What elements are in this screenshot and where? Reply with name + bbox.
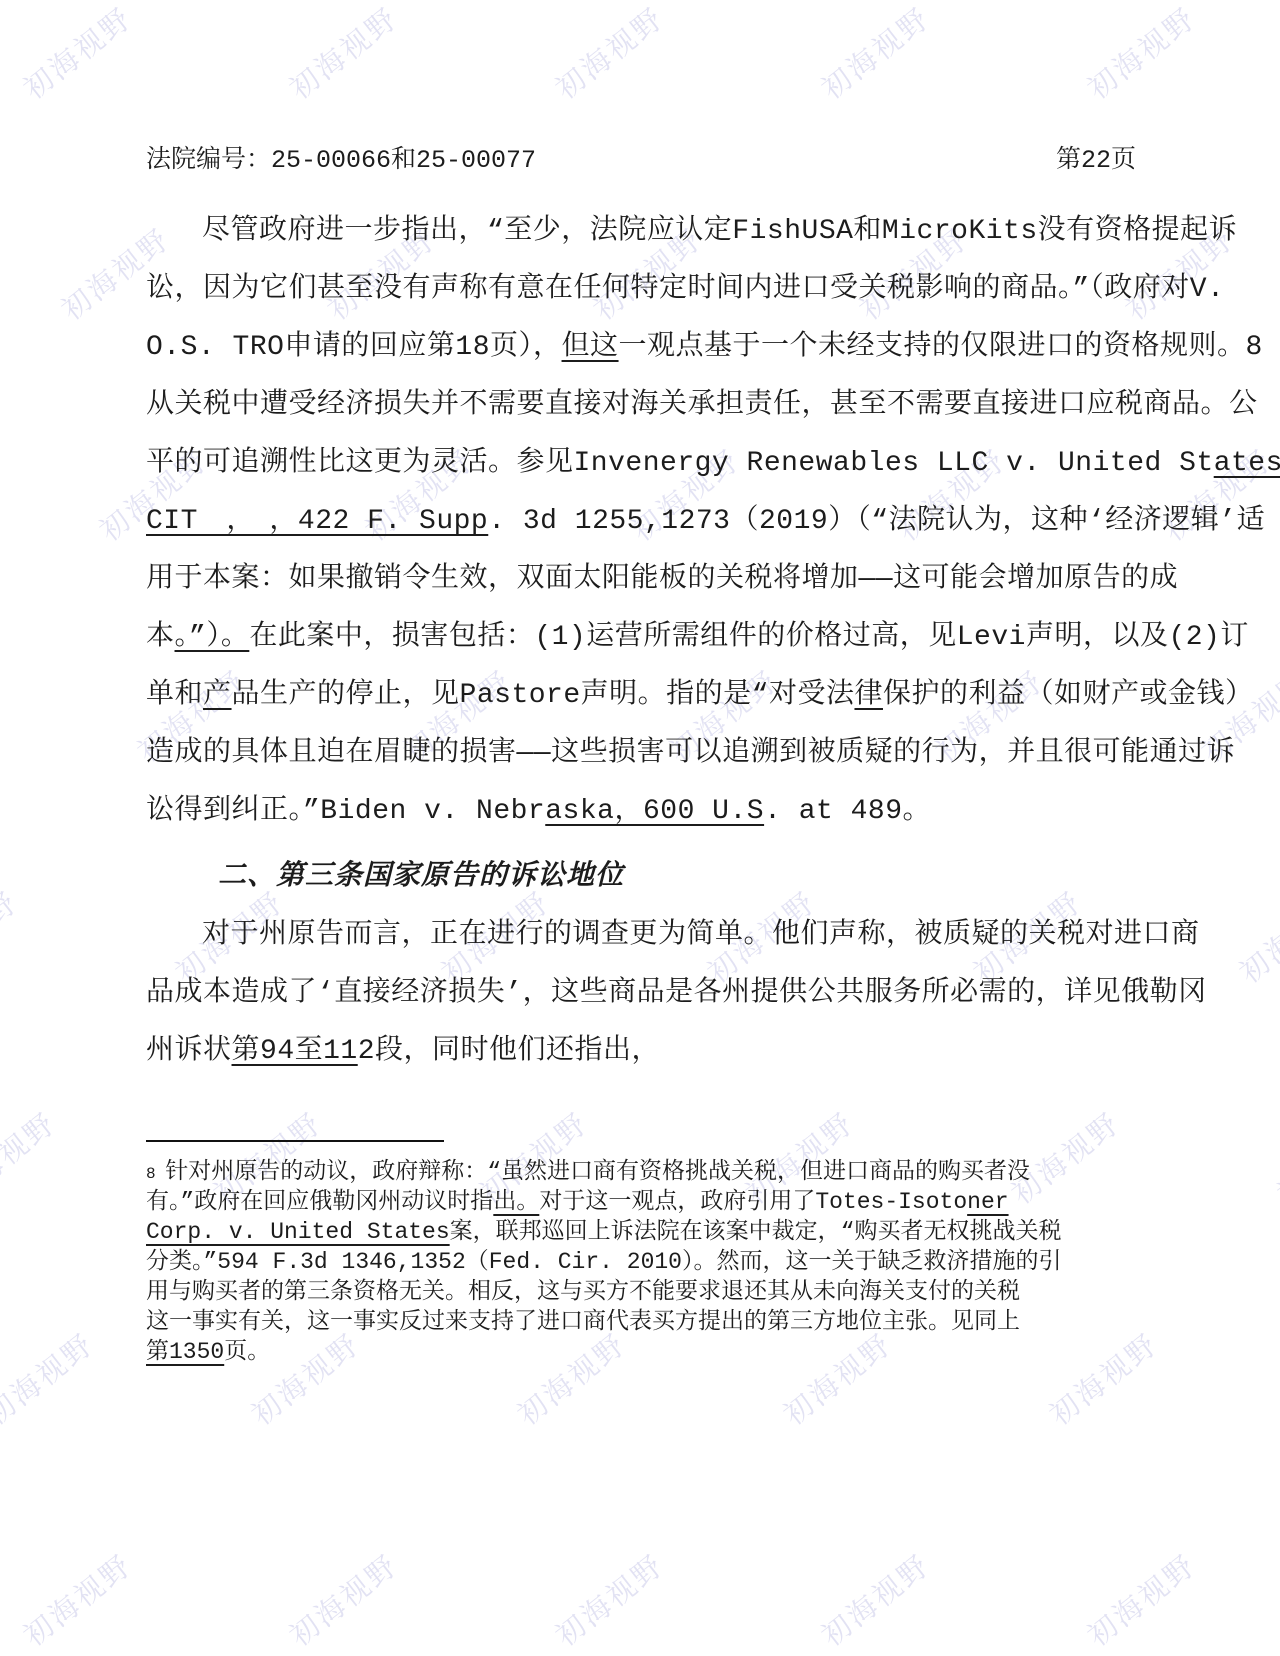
- text-segment: 分类。”594 F.3d 1346,1352（Fed. Cir. 2010）。然…: [146, 1249, 1061, 1275]
- text-line: CIT ， ，422 F. Supp. 3d 1255,1273（2019）（“…: [146, 493, 1156, 551]
- text-segment: 州诉状: [146, 1036, 232, 1067]
- text-line: 单和产品生产的停止，见Pastore声明。指的是“对受法律保护的利益（如财产或金…: [146, 667, 1156, 725]
- text-segment: 对于这一观点，政府引用了Totes-Isoto: [539, 1189, 967, 1215]
- text-line: 讼，因为它们甚至没有声称有意在任何特定时间内进口受关税影响的商品。”（政府对V.: [146, 261, 1156, 319]
- underlined-text: Corp. v. United States: [146, 1219, 450, 1245]
- underlined-text: 但这: [562, 332, 619, 363]
- underlined-text: 产: [203, 680, 232, 711]
- document-page: 初海视野初海视野初海视野初海视野初海视野初海视野初海视野初海视野初海视野初海视野…: [0, 0, 1280, 1656]
- text-segment: 造成的具体且迫在眉睫的损害——这些损害可以追溯到被质疑的行为，并且很可能通过诉: [146, 738, 1235, 769]
- paragraph-1: 尽管政府进一步指出，“至少，法院应认定FishUSA和MicroKits没有资格…: [146, 203, 1156, 841]
- text-segment: 尽管政府进一步指出，“至少，法院应认定FishUSA和MicroKits没有资格…: [202, 216, 1237, 247]
- text-segment: 2段，同时他们还指出，: [358, 1036, 660, 1067]
- text-segment: 品生产的停止，见Pastore声明。指的是“对受法: [232, 680, 855, 711]
- text-line: 讼得到纠正。”Biden v. Nebraska，600 U.S. at 489…: [146, 783, 1156, 841]
- text-segment: . 3d 1255,1273（2019）（“法院认为，这种‘经济逻辑’适: [488, 506, 1265, 537]
- text-segment: 讼，因为它们甚至没有声称有意在任何特定时间内进口受关税影响的商品。”（政府对V.: [146, 274, 1224, 305]
- section-heading: 二、第三条国家原告的诉讼地位: [218, 849, 624, 907]
- text-segment: 品成本造成了‘直接经济损失’，这些商品是各州提供公共服务所必需的，详见俄勒冈: [146, 978, 1207, 1009]
- text-line: 州诉状第94至112段，同时他们还指出，: [146, 1023, 1156, 1081]
- text-line: 这一事实有关，这一事实反过来支持了进口商代表买方提出的第三方地位主张。见同上: [146, 1307, 1156, 1337]
- text-segment: 对于州原告而言，正在进行的调查更为简单。他们声称，被质疑的关税对进口商: [202, 920, 1200, 951]
- underlined-text: 出。: [493, 1189, 539, 1215]
- underlined-text: 第94至11: [232, 1036, 358, 1067]
- text-line: 尽管政府进一步指出，“至少，法院应认定FishUSA和MicroKits没有资格…: [146, 203, 1156, 261]
- page-header: 法院编号：25-00066和25-00077 第22页: [146, 146, 1136, 176]
- text-line: 从关税中遭受经济损失并不需要直接对海关承担责任，甚至不需要直接进口应税商品。公: [146, 377, 1156, 435]
- text-line: O.S. TRO申请的回应第18页），但这一观点基于一个未经支持的仅限进口的资格…: [146, 319, 1156, 377]
- underlined-text: 第1350: [146, 1339, 224, 1365]
- text-segment: 从关税中遭受经济损失并不需要直接对海关承担责任，甚至不需要直接进口应税商品。公: [146, 390, 1258, 421]
- paragraph-2: 对于州原告而言，正在进行的调查更为简单。他们声称，被质疑的关税对进口商品成本造成…: [146, 907, 1156, 1081]
- text-segment: 讼得到纠正。”Biden v. Nebr: [146, 796, 545, 827]
- text-segment: 本: [146, 622, 175, 653]
- text-segment: 8: [146, 1165, 165, 1183]
- underlined-text: CIT ， ，422 F. Supp: [146, 506, 488, 537]
- text-segment: 有。”政府在回应俄勒冈州动议时指: [146, 1189, 493, 1215]
- text-line: 对于州原告而言，正在进行的调查更为简单。他们声称，被质疑的关税对进口商: [146, 907, 1156, 965]
- text-segment: 在此案中，损害包括：(1)运营所需组件的价格过高，见Levi声明，以及(2)订: [249, 622, 1249, 653]
- text-line: 品成本造成了‘直接经济损失’，这些商品是各州提供公共服务所必需的，详见俄勒冈: [146, 965, 1156, 1023]
- document-content: 法院编号：25-00066和25-00077 第22页 尽管政府进一步指出，“至…: [0, 0, 1280, 1656]
- text-line: 有。”政府在回应俄勒冈州动议时指出。对于这一观点，政府引用了Totes-Isot…: [146, 1187, 1156, 1217]
- text-line: 本。”）。在此案中，损害包括：(1)运营所需组件的价格过高，见Levi声明，以及…: [146, 609, 1156, 667]
- underlined-text: ner: [967, 1189, 1008, 1215]
- text-segment: 案，联邦巡回上诉法院在该案中裁定，“购买者无权挑战关税: [450, 1219, 1062, 1245]
- text-line: 分类。”594 F.3d 1346,1352（Fed. Cir. 2010）。然…: [146, 1247, 1156, 1277]
- underlined-text: 。”）。: [175, 622, 250, 653]
- text-segment: 保护的利益（如财产或金钱）: [883, 680, 1254, 711]
- footnote-text: 8 针对州原告的动议，政府辩称：“虽然进口商有资格挑战关税，但进口商品的购买者没…: [146, 1157, 1156, 1367]
- text-line: 8 针对州原告的动议，政府辩称：“虽然进口商有资格挑战关税，但进口商品的购买者没: [146, 1157, 1156, 1187]
- underlined-text: ates，43: [1214, 448, 1280, 479]
- text-segment: 用与购买者的第三条资格无关。相反，这与买方不能要求退还其从未向海关支付的关税: [146, 1279, 1020, 1305]
- text-line: Corp. v. United States案，联邦巡回上诉法院在该案中裁定，“…: [146, 1217, 1156, 1247]
- text-segment: . at 489。: [764, 796, 931, 827]
- text-segment: 页。: [224, 1339, 270, 1365]
- text-line: 造成的具体且迫在眉睫的损害——这些损害可以追溯到被质疑的行为，并且很可能通过诉: [146, 725, 1156, 783]
- text-line: 用于本案：如果撤销令生效，双面太阳能板的关税将增加——这可能会增加原告的成: [146, 551, 1156, 609]
- page-number: 第22页: [1056, 146, 1136, 176]
- text-segment: 针对州原告的动议，政府辩称：“虽然进口商有资格挑战关税，但进口商品的购买者没: [165, 1159, 1030, 1185]
- text-line: 用与购买者的第三条资格无关。相反，这与买方不能要求退还其从未向海关支付的关税: [146, 1277, 1156, 1307]
- text-segment: 这一事实有关，这一事实反过来支持了进口商代表买方提出的第三方地位主张。见同上: [146, 1309, 1020, 1335]
- text-segment: O.S. TRO申请的回应第18页），: [146, 332, 562, 363]
- text-segment: 单和: [146, 680, 203, 711]
- underlined-text: 律: [854, 680, 883, 711]
- underlined-text: aska，600 U.S: [545, 796, 764, 827]
- text-segment: 一观点基于一个未经支持的仅限进口的资格规则。8: [619, 332, 1263, 363]
- footnote-separator: [146, 1140, 444, 1142]
- text-line: 平的可追溯性比这更为灵活。参见Invenergy Renewables LLC …: [146, 435, 1156, 493]
- text-segment: 平的可追溯性比这更为灵活。参见Invenergy Renewables LLC …: [146, 448, 1214, 479]
- text-line: 第1350页。: [146, 1337, 1156, 1367]
- text-segment: 用于本案：如果撤销令生效，双面太阳能板的关税将增加——这可能会增加原告的成: [146, 564, 1178, 595]
- court-case-number: 法院编号：25-00066和25-00077: [146, 146, 536, 176]
